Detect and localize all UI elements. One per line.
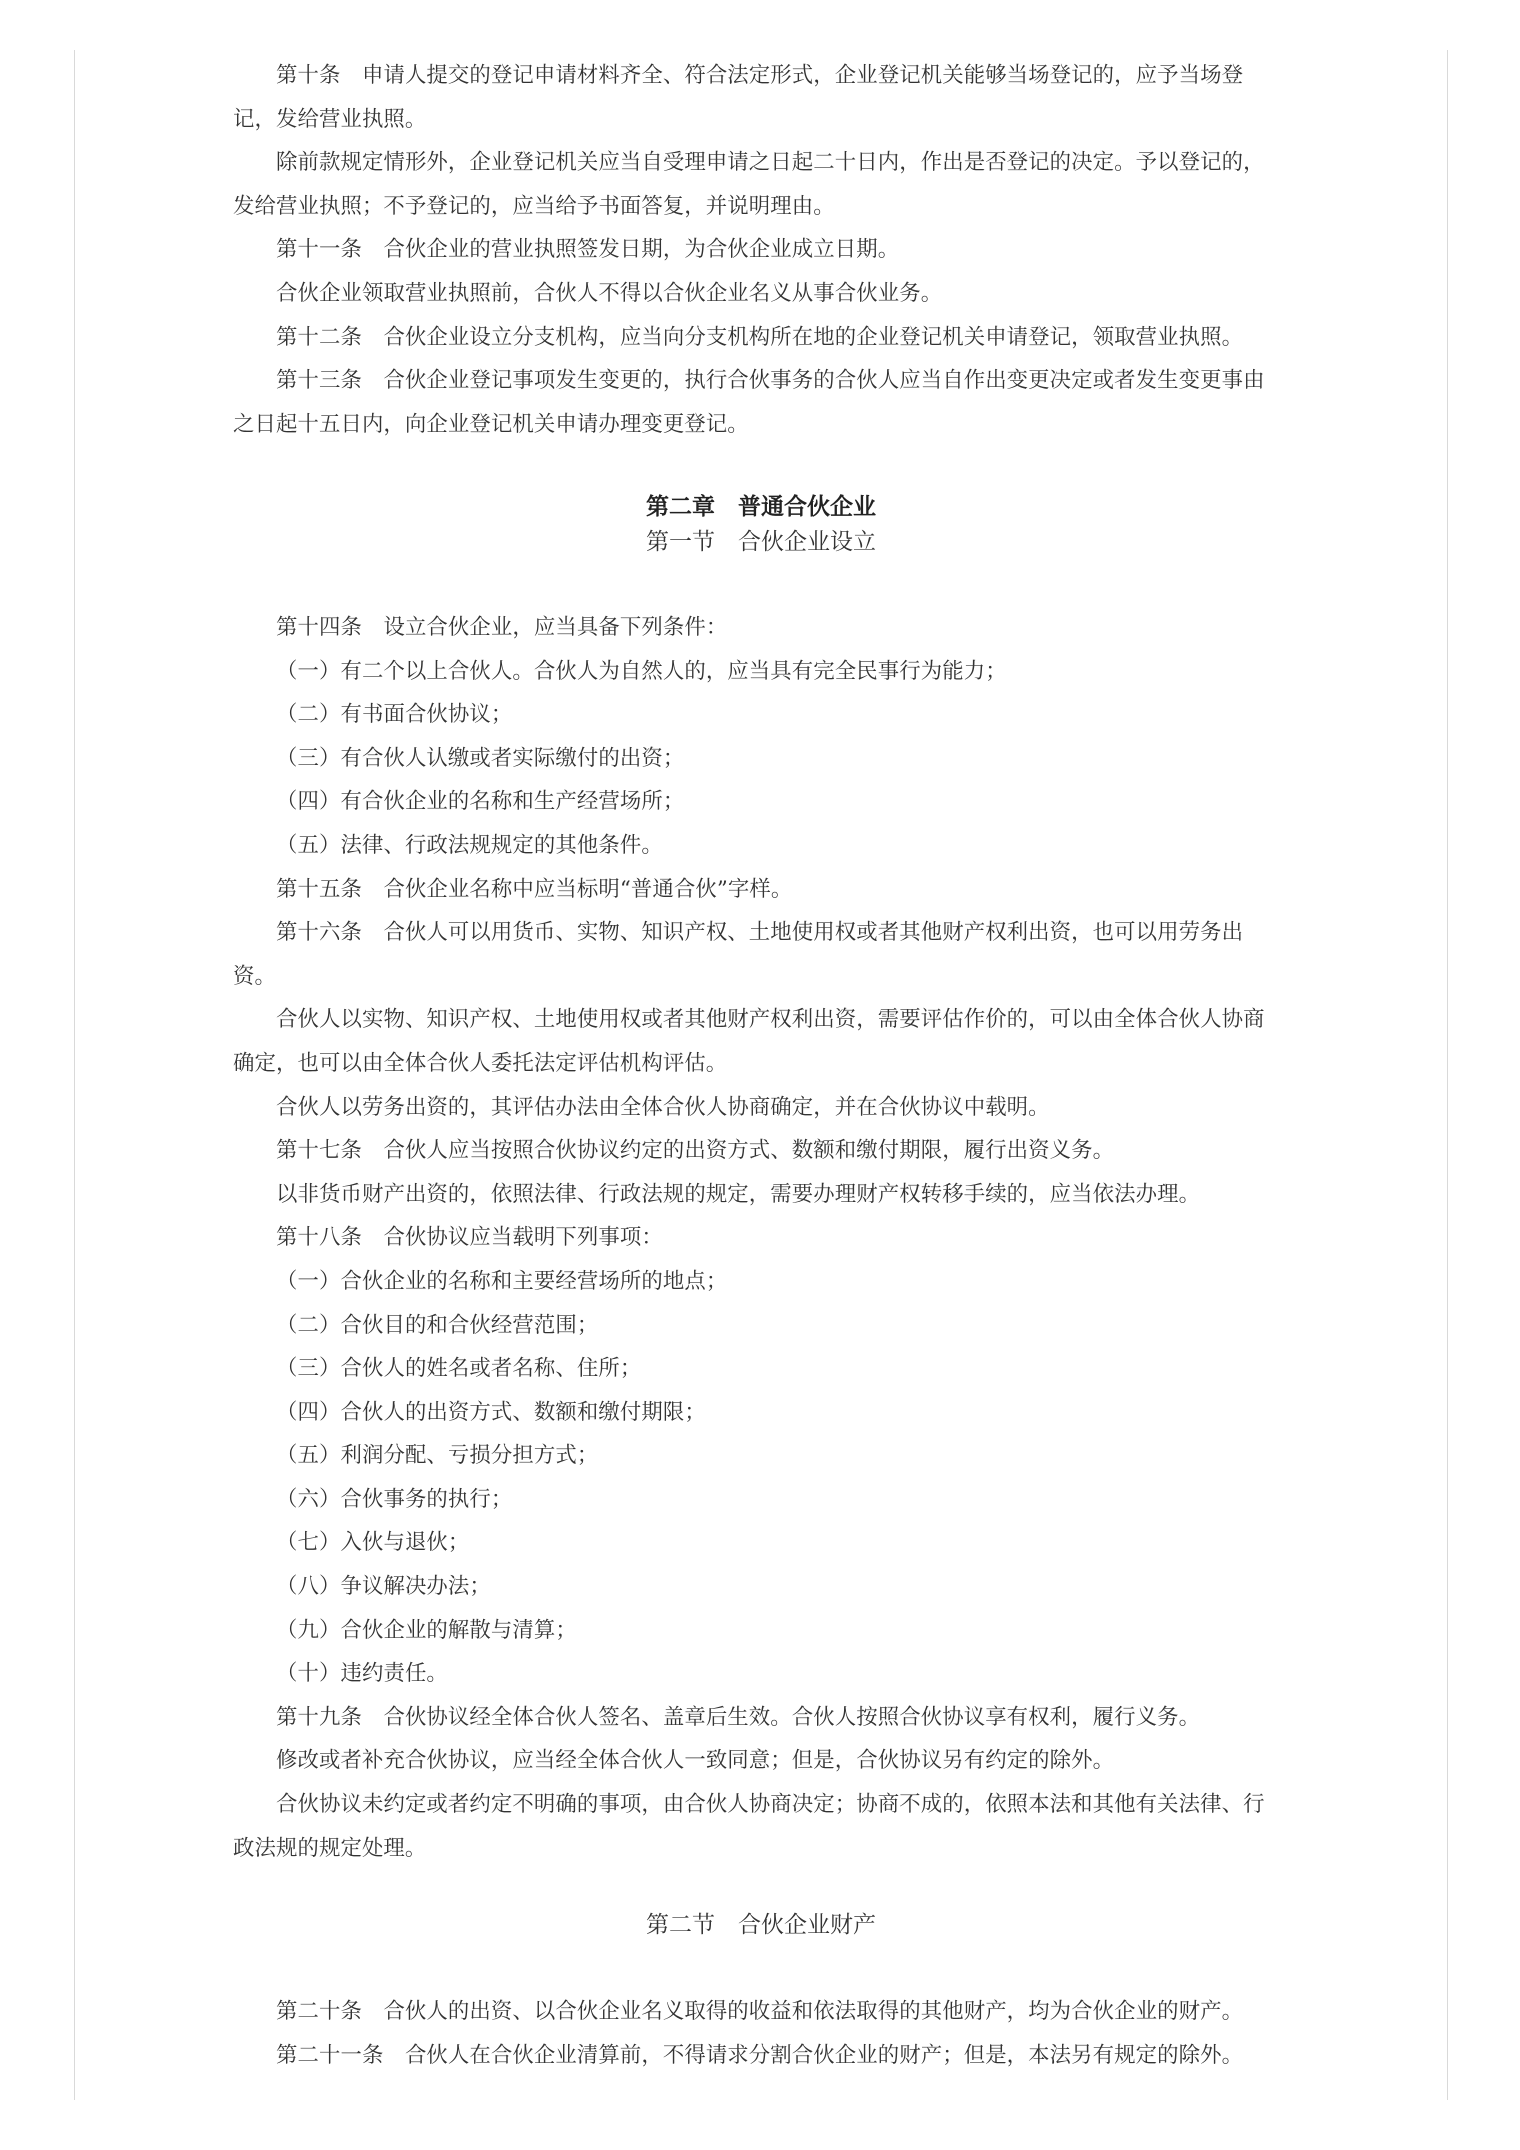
- chapter-title: 第二章 普通合伙企业: [74, 492, 1448, 522]
- list-item: （二）有书面合伙协议；: [233, 693, 1293, 737]
- paragraph-line: 第十一条 合伙企业的营业执照签发日期，为合伙企业成立日期。: [233, 228, 1293, 272]
- paragraph-line: 之日起十五日内，向企业登记机关申请办理变更登记。: [233, 403, 1293, 447]
- article-line: 第二十一条 合伙人在合伙企业清算前，不得请求分割合伙企业的财产；但是，本法另有规…: [233, 2034, 1293, 2078]
- list-item: （三）合伙人的姓名或者名称、住所；: [233, 1347, 1293, 1391]
- paragraph-line: 以非货币财产出资的，依照法律、行政法规的规定，需要办理财产权转移手续的，应当依法…: [233, 1173, 1293, 1217]
- paragraph-line: 确定，也可以由全体合伙人委托法定评估机构评估。: [233, 1042, 1293, 1086]
- paragraph-line: 第十二条 合伙企业设立分支机构，应当向分支机构所在地的企业登记机关申请登记，领取…: [233, 316, 1293, 360]
- paragraph-line: 记，发给营业执照。: [233, 98, 1293, 142]
- list-item: （四）有合伙企业的名称和生产经营场所；: [233, 780, 1293, 824]
- list-item: （一）有二个以上合伙人。合伙人为自然人的，应当具有完全民事行为能力；: [233, 650, 1293, 694]
- list-item: （九）合伙企业的解散与清算；: [233, 1609, 1293, 1653]
- list-item: （三）有合伙人认缴或者实际缴付的出资；: [233, 737, 1293, 781]
- article-line: 第十七条 合伙人应当按照合伙协议约定的出资方式、数额和缴付期限，履行出资义务。: [233, 1129, 1293, 1173]
- articles-10-13: 第十条 申请人提交的登记申请材料齐全、符合法定形式，企业登记机关能够当场登记的，…: [233, 54, 1293, 446]
- paragraph-line: 除前款规定情形外，企业登记机关应当自受理申请之日起二十日内，作出是否登记的决定。…: [233, 141, 1293, 185]
- paragraph-line: 合伙人以实物、知识产权、土地使用权或者其他财产权利出资，需要评估作价的，可以由全…: [233, 998, 1293, 1042]
- list-item: （七）入伙与退伙；: [233, 1521, 1293, 1565]
- articles-14-19: 第十四条 设立合伙企业，应当具备下列条件： （一）有二个以上合伙人。合伙人为自然…: [233, 606, 1293, 1870]
- section-title-2: 第二节 合伙企业财产: [74, 1910, 1448, 1940]
- paragraph-line: 发给营业执照；不予登记的，应当给予书面答复，并说明理由。: [233, 185, 1293, 229]
- list-item: （一）合伙企业的名称和主要经营场所的地点；: [233, 1260, 1293, 1304]
- article-line: 第十五条 合伙企业名称中应当标明“普通合伙”字样。: [233, 868, 1293, 912]
- paragraph-line: 修改或者补充合伙协议，应当经全体合伙人一致同意；但是，合伙协议另有约定的除外。: [233, 1739, 1293, 1783]
- article-line: 第十四条 设立合伙企业，应当具备下列条件：: [233, 606, 1293, 650]
- paragraph-line: 合伙人以劳务出资的，其评估办法由全体合伙人协商确定，并在合伙协议中载明。: [233, 1086, 1293, 1130]
- list-item: （五）法律、行政法规规定的其他条件。: [233, 824, 1293, 868]
- paragraph-line: 政法规的规定处理。: [233, 1827, 1293, 1871]
- list-item: （五）利润分配、亏损分担方式；: [233, 1434, 1293, 1478]
- article-line: 第二十条 合伙人的出资、以合伙企业名义取得的收益和依法取得的其他财产，均为合伙企…: [233, 1990, 1293, 2034]
- paragraph-line: 合伙企业领取营业执照前，合伙人不得以合伙企业名义从事合伙业务。: [233, 272, 1293, 316]
- list-item: （六）合伙事务的执行；: [233, 1478, 1293, 1522]
- paragraph-line: 第十条 申请人提交的登记申请材料齐全、符合法定形式，企业登记机关能够当场登记的，…: [233, 54, 1293, 98]
- article-line: 第十六条 合伙人可以用货币、实物、知识产权、土地使用权或者其他财产权利出资，也可…: [233, 911, 1293, 955]
- section-title-1: 第一节 合伙企业设立: [74, 527, 1448, 557]
- articles-20-21: 第二十条 合伙人的出资、以合伙企业名义取得的收益和依法取得的其他财产，均为合伙企…: [233, 1990, 1293, 2077]
- list-item: （四）合伙人的出资方式、数额和缴付期限；: [233, 1391, 1293, 1435]
- paragraph-line: 合伙协议未约定或者约定不明确的事项，由合伙人协商决定；协商不成的，依照本法和其他…: [233, 1783, 1293, 1827]
- list-item: （二）合伙目的和合伙经营范围；: [233, 1304, 1293, 1348]
- article-line: 第十九条 合伙协议经全体合伙人签名、盖章后生效。合伙人按照合伙协议享有权利，履行…: [233, 1696, 1293, 1740]
- list-item: （十）违约责任。: [233, 1652, 1293, 1696]
- paragraph-line: 第十三条 合伙企业登记事项发生变更的，执行合伙事务的合伙人应当自作出变更决定或者…: [233, 359, 1293, 403]
- article-line: 资。: [233, 955, 1293, 999]
- list-item: （八）争议解决办法；: [233, 1565, 1293, 1609]
- article-line: 第十八条 合伙协议应当载明下列事项：: [233, 1216, 1293, 1260]
